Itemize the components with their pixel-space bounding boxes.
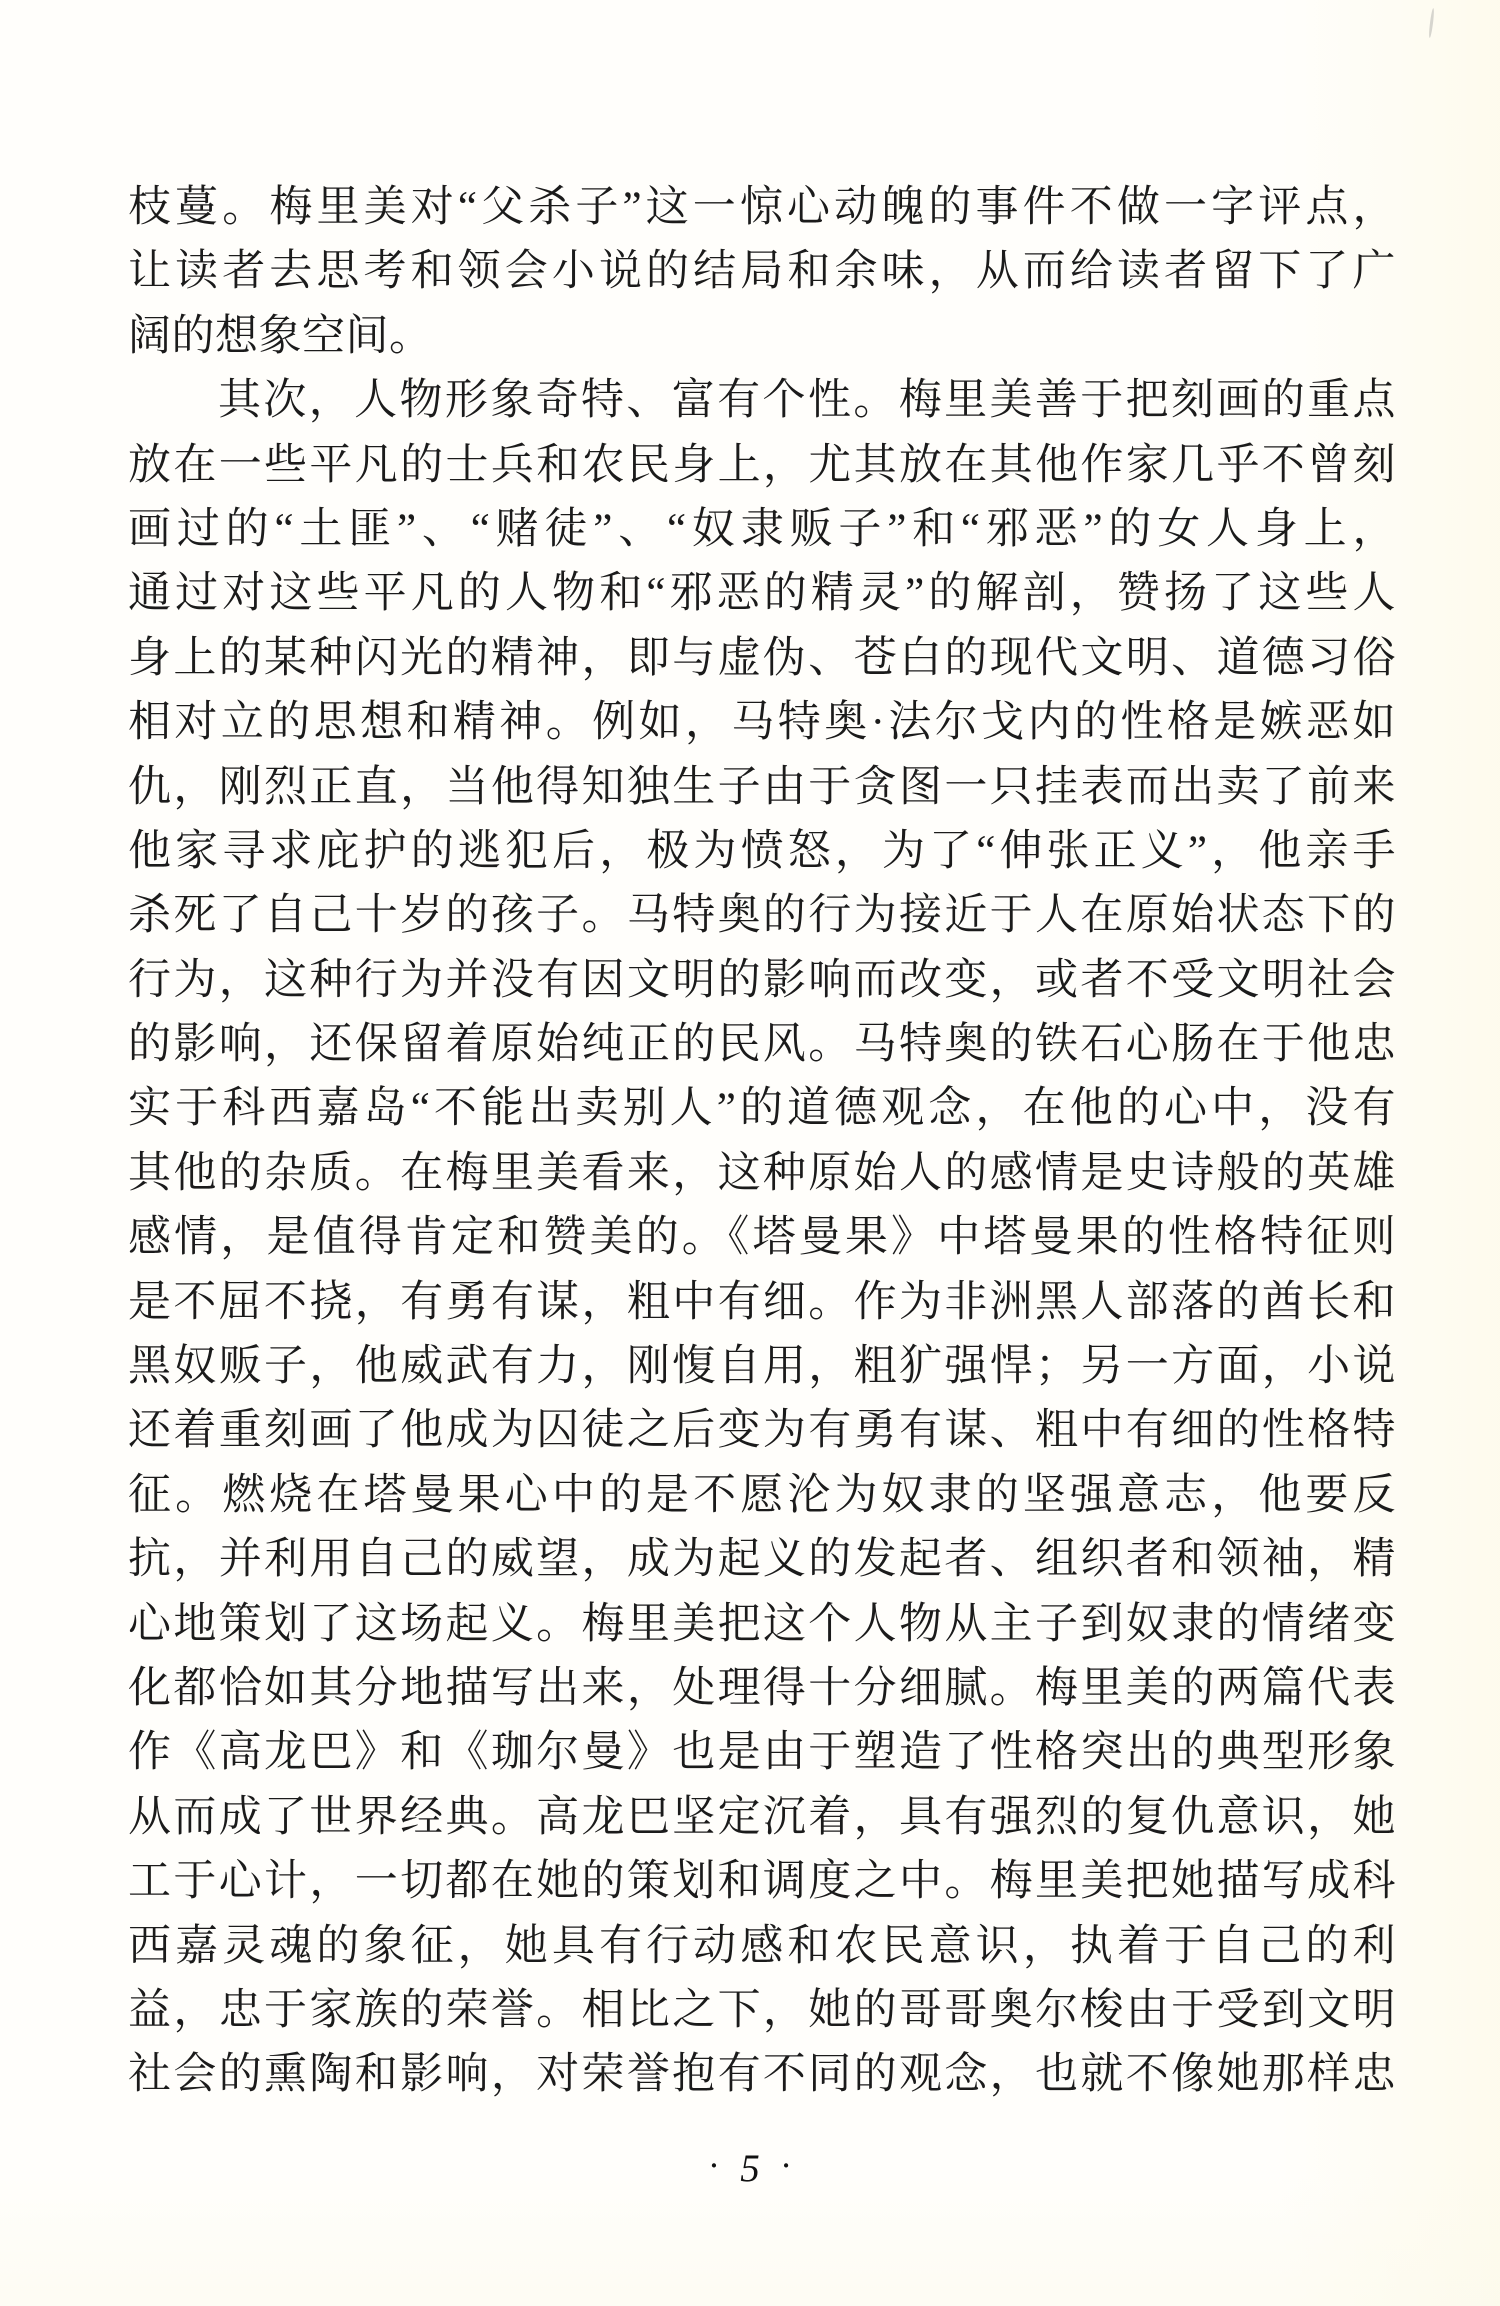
text-line: 其他的杂质。在梅里美看来，这种原始人的感情是史诗般的英雄 <box>128 1142 1396 1206</box>
text-line: 枝蔓。梅里美对“父杀子”这一惊心动魄的事件不做一字评点， <box>128 176 1396 240</box>
book-page: 枝蔓。梅里美对“父杀子”这一惊心动魄的事件不做一字评点，让读者去思考和领会小说的… <box>0 0 1500 2306</box>
text-line: 画过的“土匪”、“赌徒”、“奴隶贩子”和“邪恶”的女人身上， <box>128 498 1396 562</box>
text-line: 其次，人物形象奇特、富有个性。梅里美善于把刻画的重点 <box>128 369 1396 433</box>
scan-tint-bottom <box>0 2176 1500 2306</box>
text-line: 征。燃烧在塔曼果心中的是不愿沦为奴隶的坚强意志，他要反 <box>128 1464 1396 1528</box>
scan-artifact <box>1428 8 1435 38</box>
page-number-right-dot: · <box>782 2151 791 2180</box>
text-line: 身上的某种闪光的精神，即与虚伪、苍白的现代文明、道德习俗 <box>128 627 1396 691</box>
text-line: 是不屈不挠，有勇有谋，粗中有细。作为非洲黑人部落的酋长和 <box>128 1271 1396 1335</box>
text-line: 相对立的思想和精神。例如，马特奥·法尔戈内的性格是嫉恶如 <box>128 691 1396 755</box>
text-line: 他家寻求庇护的逃犯后，极为愤怒，为了“伸张正义”，他亲手 <box>128 820 1396 884</box>
text-line: 黑奴贩子，他威武有力，刚愎自用，粗犷强悍；另一方面，小说 <box>128 1335 1396 1399</box>
page-number-left-dot: · <box>710 2151 719 2180</box>
text-line: 感情，是值得肯定和赞美的。《塔曼果》中塔曼果的性格特征则 <box>128 1206 1396 1270</box>
text-line: 放在一些平凡的士兵和农民身上，尤其放在其他作家几乎不曾刻 <box>128 434 1396 498</box>
text-line: 抗，并利用自己的威望，成为起义的发起者、组织者和领袖，精 <box>128 1528 1396 1592</box>
text-line: 西嘉灵魂的象征，她具有行动感和农民意识，执着于自己的利 <box>128 1915 1396 1979</box>
text-line: 益，忠于家族的荣誉。相比之下，她的哥哥奥尔梭由于受到文明 <box>128 1979 1396 2043</box>
text-line: 阔的想象空间。 <box>128 305 1396 369</box>
text-line: 化都恰如其分地描写出来，处理得十分细腻。梅里美的两篇代表 <box>128 1657 1396 1721</box>
page-number: ·5· <box>0 2146 1500 2191</box>
text-line: 让读者去思考和领会小说的结局和余味，从而给读者留下了广 <box>128 240 1396 304</box>
text-line: 工于心计，一切都在她的策划和调度之中。梅里美把她描写成科 <box>128 1850 1396 1914</box>
page-number-value: 5 <box>740 2146 760 2191</box>
text-line: 从而成了世界经典。高龙巴坚定沉着，具有强烈的复仇意识，她 <box>128 1786 1396 1850</box>
text-line: 杀死了自己十岁的孩子。马特奥的行为接近于人在原始状态下的 <box>128 884 1396 948</box>
text-line: 心地策划了这场起义。梅里美把这个人物从主子到奴隶的情绪变 <box>128 1593 1396 1657</box>
text-line: 还着重刻画了他成为囚徒之后变为有勇有谋、粗中有细的性格特 <box>128 1399 1396 1463</box>
text-line: 行为，这种行为并没有因文明的影响而改变，或者不受文明社会 <box>128 949 1396 1013</box>
text-line: 社会的熏陶和影响，对荣誉抱有不同的观念，也就不像她那样忠 <box>128 2043 1396 2107</box>
text-block: 枝蔓。梅里美对“父杀子”这一惊心动魄的事件不做一字评点，让读者去思考和领会小说的… <box>128 176 1396 2108</box>
text-line: 仇，刚烈正直，当他得知独生子由于贪图一只挂表而出卖了前来 <box>128 756 1396 820</box>
text-line: 作《高龙巴》和《珈尔曼》也是由于塑造了性格突出的典型形象 <box>128 1721 1396 1785</box>
text-line: 通过对这些平凡的人物和“邪恶的精灵”的解剖，赞扬了这些人 <box>128 562 1396 626</box>
text-line: 实于科西嘉岛“不能出卖别人”的道德观念，在他的心中，没有 <box>128 1077 1396 1141</box>
text-line: 的影响，还保留着原始纯正的民风。马特奥的铁石心肠在于他忠 <box>128 1013 1396 1077</box>
